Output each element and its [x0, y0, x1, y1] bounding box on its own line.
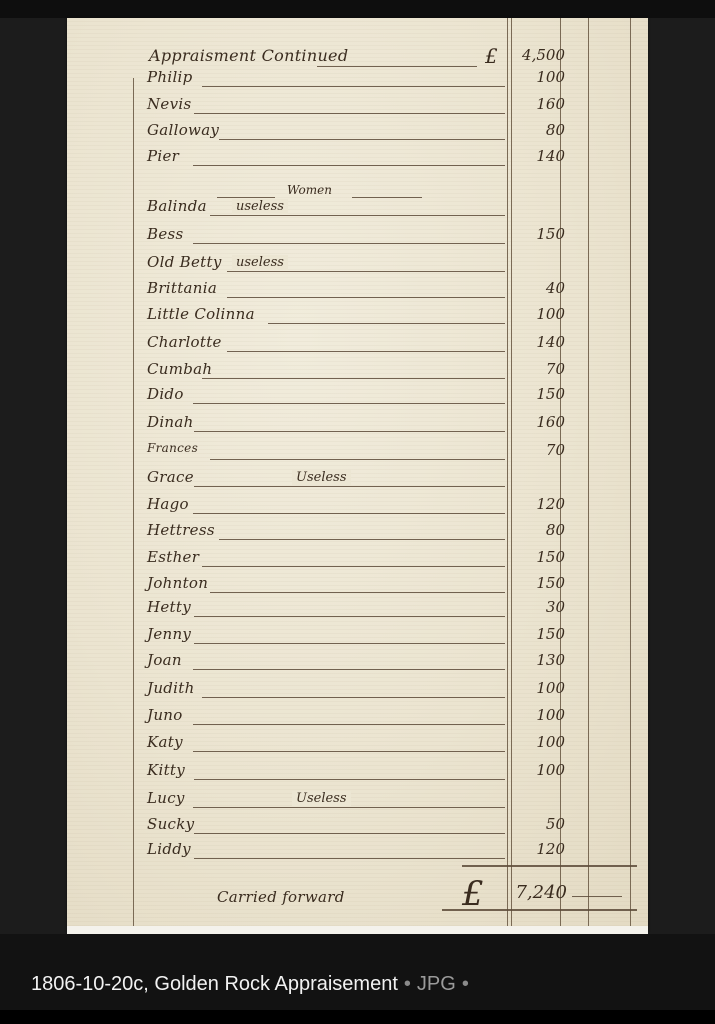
bottom-bar — [0, 1010, 715, 1024]
entry-rule — [227, 297, 505, 298]
entry-name: Bess — [147, 225, 184, 243]
entry-value: 100 — [515, 68, 565, 86]
entry-value: 150 — [515, 574, 565, 592]
entry-name: Liddy — [147, 840, 191, 858]
entry-name: Esther — [147, 548, 199, 566]
entry-rule — [202, 86, 505, 87]
entry-rule — [193, 669, 505, 670]
carried-forward-pound-symbol: £ — [462, 874, 484, 914]
entry-name: Charlotte — [147, 333, 222, 351]
entry-name: Johnton — [147, 574, 208, 592]
caption-separator: • — [404, 973, 411, 995]
caption-format: JPG — [417, 973, 456, 995]
entry-rule — [193, 807, 505, 808]
entry-rule — [193, 724, 505, 725]
entry-name: Balinda — [147, 197, 207, 215]
entry-note: useless — [232, 199, 288, 214]
entry-name: Hetty — [147, 598, 191, 616]
entry-rule — [202, 697, 505, 698]
entry-name: Brittania — [147, 279, 217, 297]
entry-name: Juno — [147, 706, 183, 724]
entry-rule — [227, 351, 505, 352]
entry-name: Grace — [147, 468, 194, 486]
entry-value: 40 — [515, 279, 565, 297]
entry-value: 160 — [515, 95, 565, 113]
entry-rule — [194, 616, 505, 617]
ledger-heading: Appraisment Continued — [149, 46, 348, 65]
entry-name: Cumbah — [147, 360, 212, 378]
amount-column-line-left — [507, 18, 508, 932]
entry-value: 70 — [515, 441, 565, 459]
entry-value: 100 — [515, 761, 565, 779]
entry-name: Joan — [147, 651, 182, 669]
heading-rule — [317, 66, 477, 67]
entry-name: Katy — [147, 733, 183, 751]
entry-rule — [194, 858, 505, 859]
entry-rule — [210, 215, 505, 216]
entry-name: Lucy — [147, 789, 185, 807]
entry-rule — [268, 323, 505, 324]
entry-rule — [194, 643, 505, 644]
entry-rule — [193, 165, 505, 166]
entry-value: 150 — [515, 548, 565, 566]
entry-value: 80 — [515, 121, 565, 139]
entry-name: Sucky — [147, 815, 194, 833]
document-image[interactable]: Appraisment Continued £ 4,500 Women Phil… — [67, 18, 648, 932]
entry-name: Jenny — [147, 625, 191, 643]
entry-value: 70 — [515, 360, 565, 378]
entry-value: 30 — [515, 598, 565, 616]
entry-rule — [202, 378, 505, 379]
entry-rule — [194, 486, 505, 487]
entry-rule — [193, 751, 505, 752]
entry-rule — [193, 243, 505, 244]
carried-forward-total: 7,240 — [507, 882, 567, 903]
entry-value: 140 — [515, 333, 565, 351]
entry-rule — [194, 431, 505, 432]
entry-name: Pier — [147, 147, 179, 165]
image-caption: 1806-10-20c, Golden Rock Appraisement•JP… — [31, 973, 475, 996]
entry-value: 100 — [515, 733, 565, 751]
entry-name: Nevis — [147, 95, 191, 113]
entry-rule — [193, 403, 505, 404]
total-dash — [572, 896, 622, 897]
page-bottom-edge — [67, 926, 648, 934]
carried-forward-label: Carried forward — [217, 888, 345, 906]
caption-trailing-separator: • — [462, 973, 469, 995]
pound-symbol: £ — [485, 44, 498, 68]
entry-rule — [193, 513, 505, 514]
entry-name: Hettress — [147, 521, 215, 539]
entry-value: 160 — [515, 413, 565, 431]
entry-note: Useless — [292, 470, 351, 485]
entry-note: useless — [232, 255, 288, 270]
entry-name: Galloway — [147, 121, 219, 139]
entry-value: 120 — [515, 495, 565, 513]
entry-note: Useless — [292, 791, 351, 806]
entry-value: 130 — [515, 651, 565, 669]
entry-rule — [219, 139, 505, 140]
entry-rule — [210, 459, 505, 460]
total-rule-bottom — [442, 909, 637, 911]
entry-name: Frances — [147, 441, 198, 455]
entry-rule — [194, 833, 505, 834]
entry-value: 140 — [515, 147, 565, 165]
women-rule-left — [217, 197, 275, 198]
left-margin-line — [133, 78, 134, 932]
total-rule-top — [462, 865, 637, 867]
entry-value: 100 — [515, 305, 565, 323]
top-bar — [0, 0, 715, 18]
entry-value: 100 — [515, 706, 565, 724]
entry-rule — [194, 779, 505, 780]
section-header-women: Women — [287, 183, 332, 197]
caption-title: 1806-10-20c, Golden Rock Appraisement — [31, 973, 398, 995]
entry-value: 100 — [515, 679, 565, 697]
entry-name: Judith — [147, 679, 195, 697]
entry-name: Dinah — [147, 413, 194, 431]
entry-value: 50 — [515, 815, 565, 833]
entry-name: Philip — [147, 68, 193, 86]
extra-column-line-2 — [630, 18, 631, 932]
entry-name: Dido — [147, 385, 184, 403]
entry-rule — [227, 271, 505, 272]
entry-value: 120 — [515, 840, 565, 858]
amount-column-line-left-2 — [511, 18, 512, 932]
entry-rule — [202, 566, 505, 567]
extra-column-line-1 — [588, 18, 589, 932]
entry-name: Old Betty — [147, 253, 222, 271]
entry-name: Hago — [147, 495, 189, 513]
entry-value: 80 — [515, 521, 565, 539]
entry-name: Kitty — [147, 761, 185, 779]
opening-total: 4,500 — [515, 46, 565, 64]
entry-value: 150 — [515, 385, 565, 403]
entry-value: 150 — [515, 225, 565, 243]
entry-rule — [194, 113, 505, 114]
entry-value: 150 — [515, 625, 565, 643]
entry-rule — [210, 592, 505, 593]
entry-rule — [219, 539, 505, 540]
women-rule-right — [352, 197, 422, 198]
entry-name: Little Colinna — [147, 305, 255, 323]
